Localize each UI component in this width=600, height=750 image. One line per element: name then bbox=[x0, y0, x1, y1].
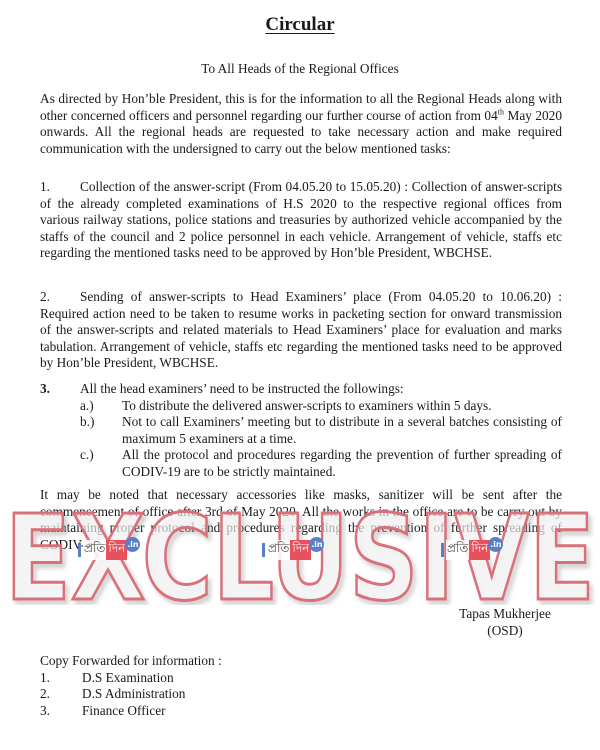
circular-document: Circular To All Heads of the Regional Of… bbox=[0, 0, 600, 750]
recipient-name: Finance Officer bbox=[82, 703, 166, 718]
subitem-a: a.) To distribute the delivered answer-s… bbox=[40, 398, 562, 415]
recipient-name: D.S Administration bbox=[82, 686, 185, 701]
item-text: All the head examiners’ need to be instr… bbox=[80, 381, 404, 396]
subitem-text: To distribute the delivered answer-scrip… bbox=[122, 398, 492, 413]
subitem-label: c.) bbox=[80, 447, 94, 464]
subitem-label: a.) bbox=[80, 398, 94, 415]
copy-forwarded-heading: Copy Forwarded for information : bbox=[40, 653, 222, 670]
item-3-heading: 3. All the head examiners’ need to be in… bbox=[40, 381, 562, 398]
recipient-row: 1. D.S Examination bbox=[40, 670, 222, 687]
subitem-text: Not to call Examiners’ meeting but to di… bbox=[122, 414, 562, 446]
signature-block: Tapas Mukherjee (OSD) bbox=[440, 606, 570, 639]
recipient-number: 2. bbox=[40, 686, 50, 703]
item-text: Collection of the answer-script (From 04… bbox=[40, 179, 562, 260]
subitem-b: b.) Not to call Examiners’ meeting but t… bbox=[40, 414, 562, 447]
recipient-row: 3. Finance Officer bbox=[40, 703, 222, 720]
intro-text-part1: As directed by Hon’ble President, this i… bbox=[40, 91, 562, 123]
item-text: Sending of answer-scripts to Head Examin… bbox=[40, 289, 562, 370]
item-number: 2. bbox=[40, 289, 80, 306]
document-title: Circular bbox=[0, 14, 600, 36]
copy-forwarded-section: Copy Forwarded for information : 1. D.S … bbox=[40, 653, 222, 719]
signatory-name: Tapas Mukherjee bbox=[440, 606, 570, 623]
subitem-text: All the protocol and procedures regardin… bbox=[122, 447, 562, 479]
task-item-1: 1.Collection of the answer-script (From … bbox=[40, 179, 562, 262]
recipient-row: 2. D.S Administration bbox=[40, 686, 222, 703]
recipient-number: 3. bbox=[40, 703, 50, 720]
addressee-line: To All Heads of the Regional Offices bbox=[0, 61, 600, 77]
closing-paragraph: It may be noted that necessary accessori… bbox=[40, 487, 562, 553]
signatory-designation: (OSD) bbox=[440, 623, 570, 640]
task-item-3: 3. All the head examiners’ need to be in… bbox=[40, 381, 562, 481]
task-item-2: 2.Sending of answer-scripts to Head Exam… bbox=[40, 289, 562, 372]
subitem-label: b.) bbox=[80, 414, 94, 431]
recipient-name: D.S Examination bbox=[82, 670, 174, 685]
item-number: 3. bbox=[40, 381, 50, 398]
intro-paragraph: As directed by Hon’ble President, this i… bbox=[40, 91, 562, 157]
recipient-number: 1. bbox=[40, 670, 50, 687]
item-number: 1. bbox=[40, 179, 80, 196]
subitem-c: c.) All the protocol and procedures rega… bbox=[40, 447, 562, 480]
